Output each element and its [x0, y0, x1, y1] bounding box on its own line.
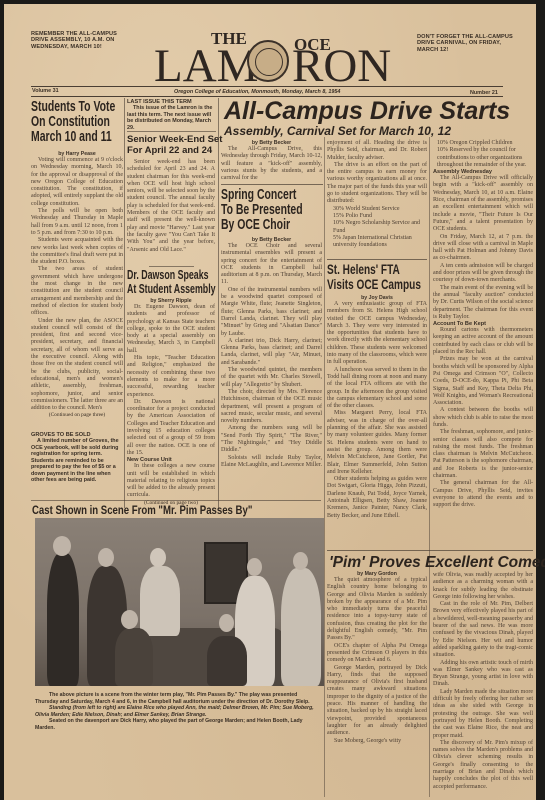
- fta-headline-1: St. Helens' FTA: [327, 262, 399, 277]
- paragraph: A very enthusiastic group of FTA members…: [327, 301, 427, 367]
- dawson-body: Dr. Eugene Dawson, dean of students and …: [127, 304, 215, 457]
- distribution-list-cont: 10% Oregon Crippled Children 10% Reserve…: [433, 140, 533, 169]
- senior-body: Senior week-end has been scheduled for A…: [127, 159, 215, 254]
- paragraph: The discovery of Mr. Pim's mixup of name…: [433, 740, 533, 791]
- groves-box: GROVES TO BE SOLD A limited number of Gr…: [31, 432, 123, 484]
- paragraph: Voting will commence at 9 o'clock on Wed…: [31, 157, 123, 208]
- paragraph: The two areas of student government whic…: [31, 266, 123, 317]
- paragraph: wife Olivia, was readily accepted by her…: [433, 572, 533, 601]
- last-issue-box: LAST ISSUE THIS TERM This issue of the L…: [127, 99, 215, 131]
- concert-story: Spring Concert To Be Presented By OCE Ch…: [221, 188, 322, 469]
- fta-body: A very enthusiastic group of FTA members…: [327, 301, 427, 520]
- paragraph: The drive is an effort on the part of th…: [327, 162, 427, 206]
- senior-headline-2: For April 22 and 24: [127, 146, 215, 157]
- vote-headline-1: Students To Vote: [31, 100, 97, 115]
- pim-story: by Mary Gordon The quiet atmosphere of a…: [327, 571, 427, 745]
- fta-headline-2: Visits OCE Campus: [327, 277, 399, 292]
- college-seal-icon: [247, 40, 289, 82]
- paragraph: enjoyment of all. Heading the drive is P…: [327, 140, 427, 162]
- caption-paragraph: The above picture is a scene from the wi…: [35, 692, 322, 705]
- paragraph: Among the numbers sung will be "Send For…: [221, 425, 322, 454]
- paragraph: Dr. Eugene Dawson, dean of students and …: [127, 304, 215, 355]
- paragraph: The general chairman for the All-Campus …: [433, 480, 533, 509]
- list-item: 30% World Student Service: [333, 206, 427, 213]
- paragraph: Round cartons with thermometers keeping …: [433, 327, 533, 356]
- drive-col-2: enjoyment of all. Heading the drive is P…: [327, 140, 427, 249]
- pim-story-col-2: wife Olivia, was readily accepted by her…: [433, 572, 533, 791]
- drive-lead: by Betty Becker The All-Campus Drive, th…: [221, 140, 322, 182]
- concert-headline-1: Spring Concert: [221, 188, 294, 203]
- paragraph: On Friday, March 12, at 7 p.m. the drive…: [433, 234, 533, 263]
- vote-headline-3: March 10 and 11: [31, 130, 97, 145]
- last-issue-text: This issue of the Lamron is the last thi…: [127, 105, 215, 131]
- ear-left-notice: REMEMBER THE ALL-CAMPUS DRIVE ASSEMBLY, …: [31, 31, 131, 50]
- photo-caption: The above picture is a scene from the wi…: [35, 692, 322, 732]
- cast-photo: [35, 518, 324, 686]
- caption-paragraph: Standing (from left to right) are Elaine…: [35, 705, 322, 718]
- paragraph: The freshman, sophomore, and junior-seni…: [433, 429, 533, 480]
- masthead-title-right: RON: [292, 43, 391, 90]
- paragraph: A ten cents admission will be charged an…: [433, 263, 533, 285]
- paragraph: Sue Moberg, George's witty: [327, 738, 427, 745]
- paragraph: His topic, "Teacher Education and Religi…: [127, 355, 215, 399]
- ear-right-notice: DON'T FORGET THE ALL-CAMPUS DRIVE CARNIV…: [417, 34, 517, 53]
- drive-subheadline: Assembly, Carnival Set for March 10, 12: [224, 125, 451, 138]
- senior-story: Senior Week-End Set For April 22 and 24 …: [127, 135, 215, 254]
- caption-paragraph: Seated on the davenport are Dick Harry, …: [35, 718, 322, 731]
- fta-story: St. Helens' FTA Visits OCE Campus by Joy…: [327, 262, 427, 520]
- paragraph: A clarinet trio, Dick Harry, clarinet; G…: [221, 338, 322, 367]
- paragraph: Dr. Dawson is national coordinator for a…: [127, 399, 215, 457]
- photo-headline: Cast Shown in Scene From "Mr. Pim Passes…: [32, 504, 252, 517]
- masthead-title-left: LAM: [154, 43, 258, 90]
- concert-headline-2: To Be Presented: [221, 203, 294, 218]
- dawson-story: Dr. Dawson Speaks At Student Assembly by…: [127, 268, 215, 506]
- vote-headline-2: On Constitution: [31, 115, 97, 130]
- distribution-list: 30% World Student Service 15% Polio Fund…: [327, 206, 427, 250]
- concert-headline-3: By OCE Choir: [221, 218, 294, 233]
- groves-text: A limited number of Groves, the OCE year…: [31, 438, 123, 484]
- pim-headline: 'Pim' Proves Excellent Comedy: [329, 554, 545, 571]
- list-item: 10% Negro Scholarship Service and Fund: [333, 220, 427, 235]
- paragraph: Cast in the role of Mr. Pim, Delbert Bro…: [433, 601, 533, 659]
- paragraph: The All-Campus Drive will officially beg…: [433, 175, 533, 233]
- paragraph: A luncheon was served to them in the Tod…: [327, 367, 427, 411]
- vote-story: Students To Vote On Constitution March 1…: [31, 100, 123, 418]
- paragraph: Lady Marden made the situation more diff…: [433, 689, 533, 740]
- paragraph: Miss Margaret Perry, local FTA adviser, …: [327, 410, 427, 476]
- senior-headline-1: Senior Week-End Set: [127, 135, 215, 146]
- drive-col-3: 10% Oregon Crippled Children 10% Reserve…: [433, 140, 533, 510]
- dawson-headline-2: At Student Assembly: [127, 282, 187, 296]
- paragraph: Students were acquainted with the new wo…: [31, 237, 123, 266]
- paragraph: A contest between the booths will show w…: [433, 407, 533, 429]
- paragraph: OCE's chapter of Alpha Psi Omega present…: [327, 643, 427, 665]
- paragraph: Adding his own artistic touch of mirth w…: [433, 660, 533, 689]
- paragraph: One of the instrumental numbers will be …: [221, 287, 322, 338]
- dawson-body-2: In these colleges a new course unit will…: [127, 463, 215, 499]
- paragraph: The quiet atmosphere of a typical Englis…: [327, 577, 427, 643]
- paragraph: In these colleges a new course unit will…: [127, 463, 215, 499]
- paragraph: Prizes may be won at the carnival booths…: [433, 356, 533, 407]
- paragraph: The woodwind quintet, the members of the…: [221, 367, 322, 389]
- list-item: 15% Polio Fund: [333, 213, 427, 220]
- paragraph: The main event of the evening will be th…: [433, 285, 533, 321]
- paragraph: Under the new plan, the ASOCE student co…: [31, 318, 123, 413]
- drive-headline: All-Campus Drive Starts: [224, 98, 510, 124]
- paragraph: The choir, directed by Mrs. Florence Hut…: [221, 389, 322, 425]
- paragraph: George Marden, portrayed by Dick Harry, …: [327, 665, 427, 738]
- paragraph: The All-Campus Drive, this Wednesday thr…: [221, 146, 322, 182]
- paragraph: The polls will be open both Wednesday an…: [31, 208, 123, 237]
- pim-body: The quiet atmosphere of a typical Englis…: [327, 577, 427, 745]
- paragraph: Senior week-end has been scheduled for A…: [127, 159, 215, 254]
- paragraph: Other students helping as guides were Do…: [327, 476, 427, 520]
- paragraph: Soloists will include Ruby Taylor, Elain…: [221, 455, 322, 470]
- list-item: 10% Reserved by the council for contribu…: [437, 147, 533, 169]
- continued-note: (Continued on page three): [31, 412, 123, 418]
- vote-body: Voting will commence at 9 o'clock on Wed…: [31, 157, 123, 412]
- list-item: 5% Japan International Christian univers…: [333, 235, 427, 250]
- dawson-headline-1: Dr. Dawson Speaks: [127, 268, 187, 282]
- dateline: Oregon College of Education, Monmouth, M…: [174, 89, 340, 95]
- newspaper-page: REMEMBER THE ALL-CAMPUS DRIVE ASSEMBLY, …: [4, 4, 536, 800]
- volume-label: Volume 31: [32, 88, 59, 94]
- paragraph: The OCE Choir and several instrumental e…: [221, 243, 322, 287]
- concert-body: The OCE Choir and several instrumental e…: [221, 243, 322, 469]
